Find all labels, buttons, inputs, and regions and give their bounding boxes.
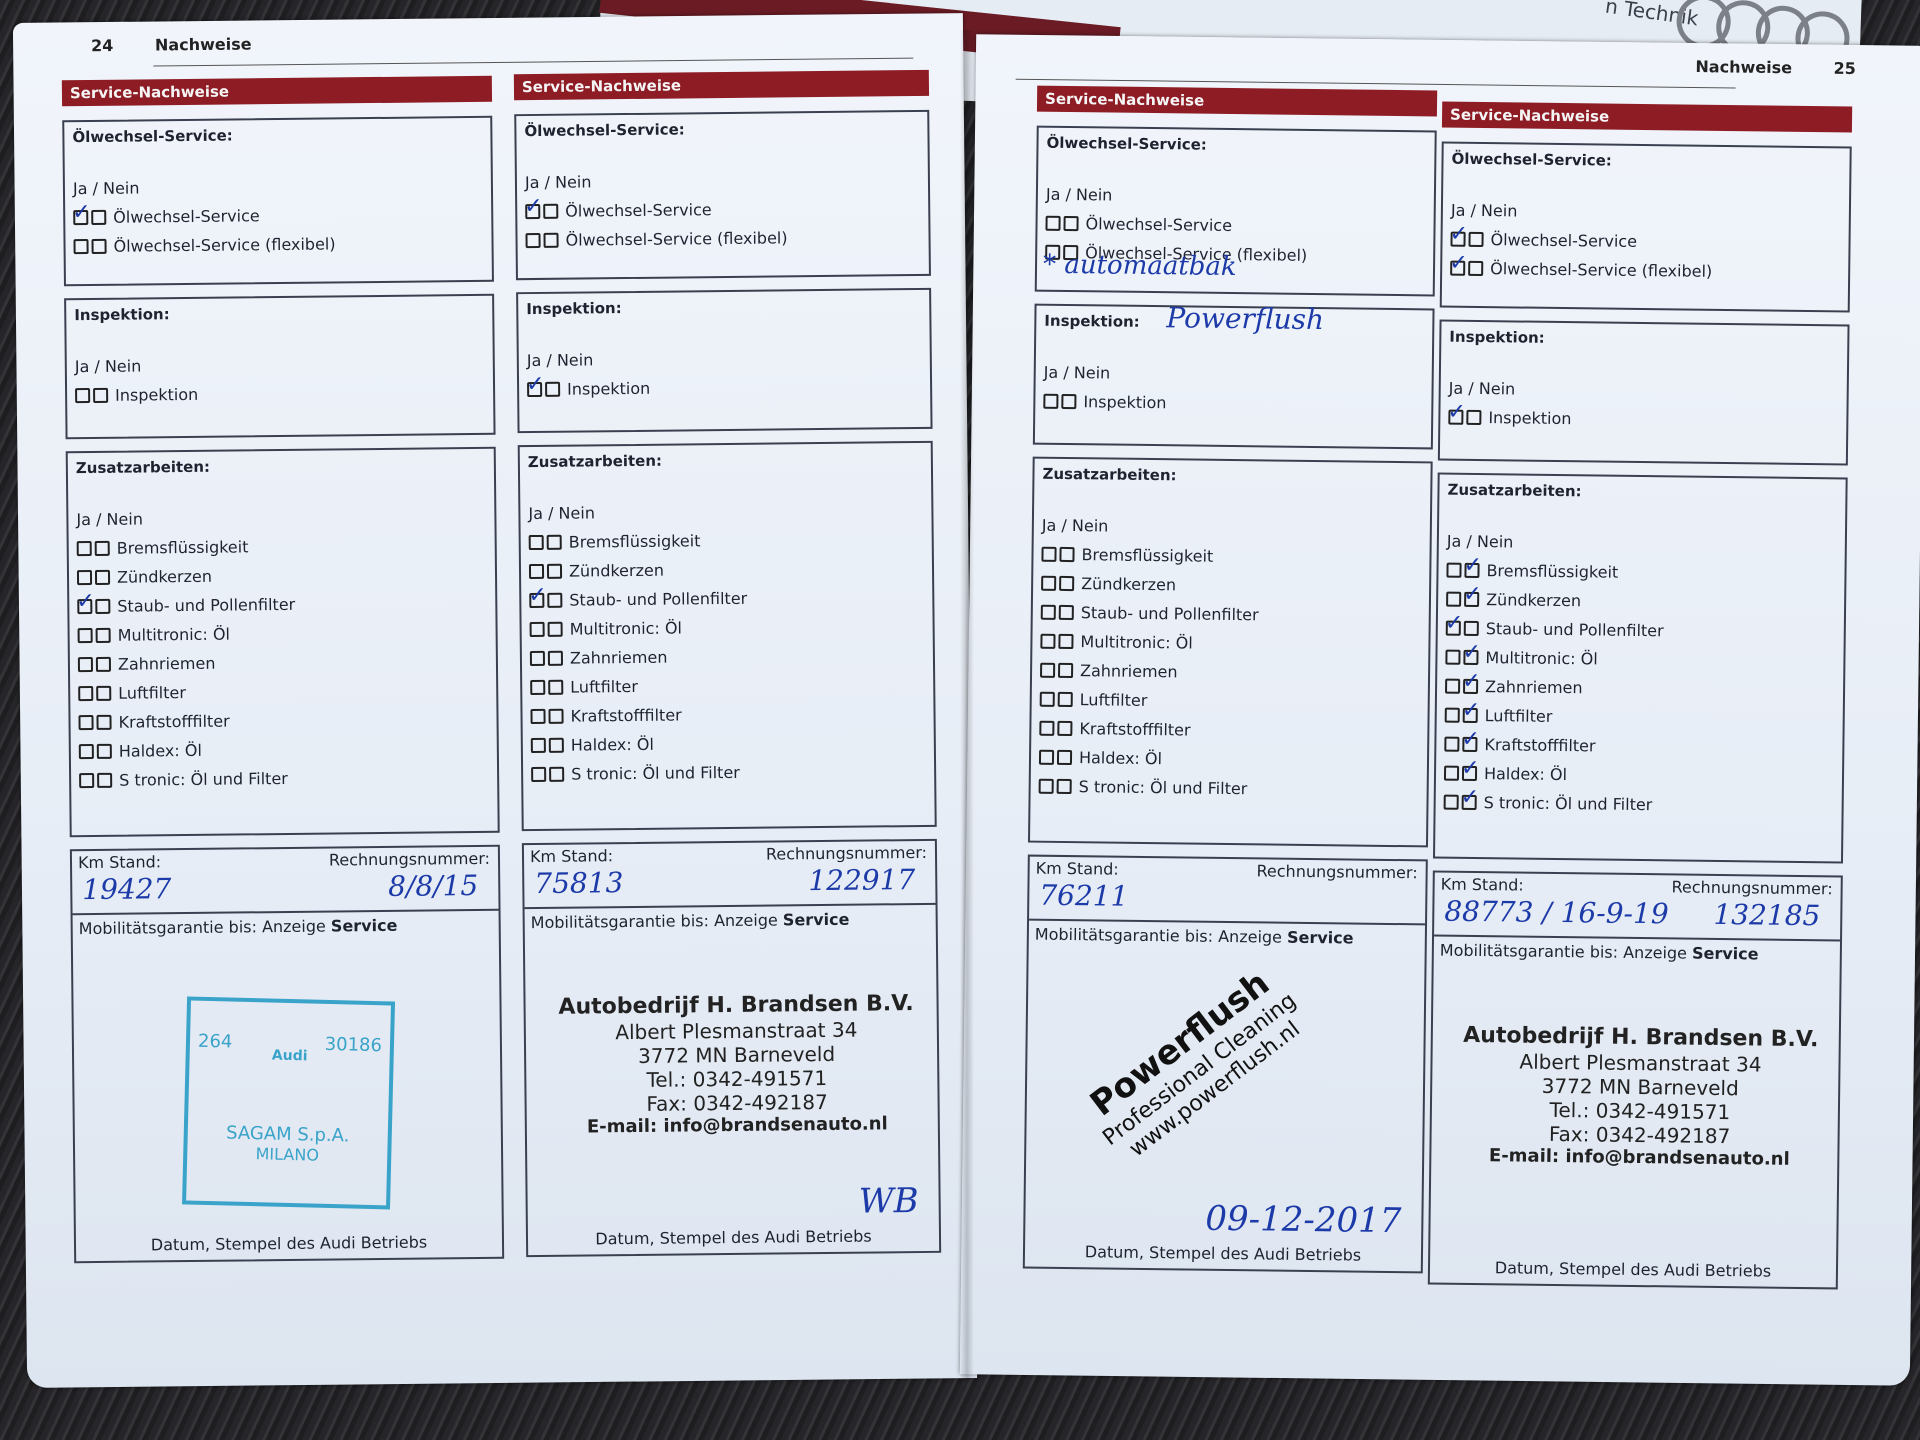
item-label: Bremsflüssigkeit xyxy=(569,526,701,556)
mobility-guarantee: Mobilitätsgarantie bis: Anzeige Service xyxy=(1434,937,1840,969)
ja-checkbox[interactable] xyxy=(79,744,94,759)
date-stamp-label: Datum, Stempel des Audi Betriebs xyxy=(1025,1242,1421,1266)
oil-heading: Ölwechsel-Service: xyxy=(1046,134,1426,157)
ja-checkbox[interactable] xyxy=(78,686,93,701)
ja-checkbox[interactable] xyxy=(529,564,544,579)
inspection-heading: Inspektion: xyxy=(1449,328,1839,351)
date-stamp-label: Datum, Stempel des Audi Betriebs xyxy=(76,1232,502,1255)
item-label: Multitronic: Öl xyxy=(117,620,230,650)
checklist-item: Kraftstofffilter xyxy=(1039,714,1419,748)
additional-work-box: Zusatzarbeiten: Ja / Nein Bremsflüssigke… xyxy=(66,447,500,837)
signature: WB xyxy=(858,1181,918,1222)
nein-checkbox[interactable] xyxy=(1059,605,1074,620)
ja-nein-label: Ja / Nein xyxy=(525,164,920,197)
ja-checkbox[interactable] xyxy=(530,651,545,666)
checklist-item: Staub- und Pollenfilter xyxy=(1446,614,1836,648)
checklist-item: S tronic: Öl und Filter xyxy=(1039,772,1419,806)
item-label: Haldex: Öl xyxy=(1484,759,1567,789)
item-label: Luftfilter xyxy=(570,672,638,702)
ja-checkbox[interactable] xyxy=(1043,394,1058,409)
checklist-item: Haldex: Öl xyxy=(79,733,489,766)
checklist-item: Multitronic: Öl xyxy=(529,611,924,644)
additional-work-box: Zusatzarbeiten: Ja / Nein Bremsflüssigke… xyxy=(518,441,937,831)
item-label: Zündkerzen xyxy=(1081,569,1176,599)
mobility-guarantee: Mobilitätsgarantie bis: Anzeige Service xyxy=(1029,921,1425,953)
ja-checkbox[interactable] xyxy=(1040,663,1055,678)
page-header: Nachweise 25 xyxy=(1695,57,1856,78)
nein-checkbox[interactable] xyxy=(91,239,106,254)
additional-heading: Zusatzarbeiten: xyxy=(528,449,923,471)
ja-checkbox[interactable] xyxy=(1444,795,1459,810)
checklist-item: Ölwechsel-Service xyxy=(1450,225,1840,259)
item-label: Zahnriemen xyxy=(1485,672,1583,702)
item-label: Bremsflüssigkeit xyxy=(1081,540,1213,571)
item-label: Ölwechsel-Service (flexibel) xyxy=(113,229,335,260)
ja-checkbox[interactable] xyxy=(530,622,545,637)
invoice-label: Rechnungsnummer: xyxy=(329,849,490,870)
item-label: Haldex: Öl xyxy=(1079,743,1162,773)
ja-checkbox[interactable] xyxy=(525,233,540,248)
nein-checkbox[interactable] xyxy=(1468,232,1483,247)
item-label: Staub- und Pollenfilter xyxy=(1486,614,1664,645)
nein-checkbox[interactable] xyxy=(549,738,564,753)
checklist-item: Inspektion xyxy=(1043,387,1423,421)
ja-nein-label: Ja / Nein xyxy=(1042,511,1422,545)
ja-nein-label: Ja / Nein xyxy=(1449,374,1839,408)
item-label: Bremsflüssigkeit xyxy=(1486,556,1618,587)
inspection-box: Inspektion: Powerflush Ja / Nein Inspekt… xyxy=(1033,304,1435,450)
record-footer-box: Km Stand: Rechnungsnummer: 75813 122917 … xyxy=(522,839,941,1257)
ja-nein-label: Ja / Nein xyxy=(528,495,923,528)
ja-checkbox[interactable] xyxy=(1039,750,1054,765)
nein-checkbox[interactable] xyxy=(1058,663,1073,678)
checklist-item: Multitronic: Öl xyxy=(1445,643,1835,677)
nein-checkbox[interactable] xyxy=(1063,216,1078,231)
ja-checkbox[interactable] xyxy=(527,382,542,397)
item-label: Kraftstofffilter xyxy=(1484,730,1595,760)
item-label: Ölwechsel-Service xyxy=(1490,225,1637,256)
mobility-guarantee: Mobilitätsgarantie bis: Anzeige Service xyxy=(73,911,499,942)
record-footer-box: Km Stand: Rechnungsnummer: 19427 8/8/15 … xyxy=(70,845,504,1263)
ja-checkbox[interactable] xyxy=(73,210,88,225)
nein-checkbox[interactable] xyxy=(97,773,112,788)
item-label: Multitronic: Öl xyxy=(1485,643,1598,673)
checklist-item: Ölwechsel-Service (flexibel) xyxy=(73,228,483,261)
nein-checkbox[interactable] xyxy=(1058,634,1073,649)
checklist-item: Luftfilter xyxy=(78,675,488,708)
checklist-item: Bremsflüssigkeit xyxy=(529,524,924,557)
checklist-item: Luftfilter xyxy=(1040,685,1420,719)
km-value: 88773 / 16-9-19 xyxy=(1444,895,1669,931)
item-label: Ölwechsel-Service xyxy=(1085,209,1232,240)
nein-checkbox[interactable] xyxy=(1466,410,1481,425)
item-label: Ölwechsel-Service (flexibel) xyxy=(1490,254,1712,286)
checklist-item: Bremsflüssigkeit xyxy=(1041,540,1421,574)
nein-checkbox[interactable] xyxy=(547,535,562,550)
ja-checkbox[interactable] xyxy=(1444,766,1459,781)
ja-checkbox[interactable] xyxy=(1041,547,1056,562)
ja-checkbox[interactable] xyxy=(1444,737,1459,752)
checklist-item: Haldex: Öl xyxy=(1039,743,1419,777)
checklist-item: Zahnriemen xyxy=(530,640,925,673)
book-spine xyxy=(960,30,974,1380)
page-number: 25 xyxy=(1833,59,1855,78)
ja-checkbox[interactable] xyxy=(525,204,540,219)
ja-checkbox[interactable] xyxy=(77,541,92,556)
oil-heading: Ölwechsel-Service: xyxy=(524,118,919,140)
km-value: 76211 xyxy=(1039,879,1128,913)
nein-checkbox[interactable] xyxy=(1463,650,1478,665)
ja-checkbox[interactable] xyxy=(78,628,93,643)
ja-checkbox[interactable] xyxy=(1445,650,1460,665)
page-number: 24 xyxy=(91,36,113,55)
header-rule xyxy=(153,58,913,67)
item-label: Luftfilter xyxy=(118,678,186,708)
nein-checkbox[interactable] xyxy=(91,210,106,225)
ja-checkbox[interactable] xyxy=(1040,692,1055,707)
additional-work-box: Zusatzarbeiten: Ja / Nein Bremsflüssigke… xyxy=(1433,473,1848,864)
handwritten-note: * automaatbak xyxy=(1043,250,1237,282)
item-label: Haldex: Öl xyxy=(571,730,654,760)
oil-service-box: Ölwechsel-Service: Ja / Nein Ölwechsel-S… xyxy=(1035,126,1437,297)
nein-checkbox[interactable] xyxy=(548,651,563,666)
dealer-stamp: Autobedrijf H. Brandsen B.V.Albert Plesm… xyxy=(535,991,937,1139)
additional-heading: Zusatzarbeiten: xyxy=(1042,465,1422,488)
nein-checkbox[interactable] xyxy=(95,570,110,585)
nein-checkbox[interactable] xyxy=(1057,750,1072,765)
ja-checkbox[interactable] xyxy=(531,767,546,782)
nein-checkbox[interactable] xyxy=(1462,737,1477,752)
checklist-item: Kraftstofffilter xyxy=(1444,730,1834,764)
service-record-1: Service-Nachweise Ölwechsel-Service: Ja … xyxy=(62,76,504,1263)
nein-checkbox[interactable] xyxy=(96,715,111,730)
ja-checkbox[interactable] xyxy=(529,593,544,608)
ja-nein-label: Ja / Nein xyxy=(527,342,922,375)
mobility-guarantee: Mobilitätsgarantie bis: Anzeige Service xyxy=(525,905,936,936)
item-label: Kraftstofffilter xyxy=(570,700,681,730)
section-band: Service-Nachweise xyxy=(514,70,929,100)
checklist-item: Inspektion xyxy=(527,371,922,404)
checklist-item: S tronic: Öl und Filter xyxy=(531,756,926,789)
date-stamp-label: Datum, Stempel des Audi Betriebs xyxy=(1430,1257,1836,1281)
item-label: Kraftstofffilter xyxy=(1079,714,1190,744)
item-label: Luftfilter xyxy=(1485,701,1553,731)
item-label: Ölwechsel-Service xyxy=(113,201,260,232)
oil-service-box: Ölwechsel-Service: Ja / Nein Ölwechsel-S… xyxy=(1440,142,1852,313)
nein-checkbox[interactable] xyxy=(1463,679,1478,694)
item-label: Zahnriemen xyxy=(570,643,668,673)
ja-checkbox[interactable] xyxy=(1041,605,1056,620)
item-label: S tronic: Öl und Filter xyxy=(571,758,740,789)
oil-service-box: Ölwechsel-Service: Ja / Nein Ölwechsel-S… xyxy=(62,116,494,286)
checklist-item: Bremsflüssigkeit xyxy=(1446,556,1836,590)
item-label: Zündkerzen xyxy=(1486,585,1581,615)
inspection-heading: Inspektion: xyxy=(526,296,921,318)
page-title: Nachweise xyxy=(1695,57,1792,77)
item-label: Zahnriemen xyxy=(118,649,216,679)
checklist-item: Ölwechsel-Service xyxy=(525,193,920,226)
ja-checkbox[interactable] xyxy=(73,239,88,254)
item-label: Inspektion xyxy=(115,380,198,410)
ja-checkbox[interactable] xyxy=(1446,621,1461,636)
nein-checkbox[interactable] xyxy=(93,388,108,403)
nein-checkbox[interactable] xyxy=(548,709,563,724)
checklist-item: Inspektion xyxy=(75,377,485,410)
oil-heading: Ölwechsel-Service: xyxy=(72,124,482,146)
item-label: Inspektion xyxy=(1083,387,1166,417)
oil-service-box: Ölwechsel-Service: Ja / Nein Ölwechsel-S… xyxy=(514,110,931,280)
inspection-heading: Inspektion: xyxy=(74,302,484,324)
nein-checkbox[interactable] xyxy=(1061,394,1076,409)
nein-checkbox[interactable] xyxy=(96,657,111,672)
nein-checkbox[interactable] xyxy=(95,541,110,556)
section-band: Service-Nachweise xyxy=(62,76,492,107)
nein-checkbox[interactable] xyxy=(543,233,558,248)
ja-checkbox[interactable] xyxy=(1045,216,1060,231)
ja-checkbox[interactable] xyxy=(77,599,92,614)
date-stamp-label: Datum, Stempel des Audi Betriebs xyxy=(528,1226,939,1249)
nein-checkbox[interactable] xyxy=(95,599,110,614)
ja-checkbox[interactable] xyxy=(75,388,90,403)
record-footer-box: Km Stand: Rechnungsnummer: 76211 Mobilit… xyxy=(1023,855,1428,1274)
checklist-item: Zündkerzen xyxy=(1041,569,1421,603)
checklist-item: Ölwechsel-Service xyxy=(1045,209,1425,243)
additional-work-box: Zusatzarbeiten: Ja / Nein Bremsflüssigke… xyxy=(1028,457,1433,848)
nein-checkbox[interactable] xyxy=(96,686,111,701)
invoice-value: 8/8/15 xyxy=(388,869,478,903)
checklist-item: Ölwechsel-Service xyxy=(73,199,483,232)
checklist-item: Zündkerzen xyxy=(529,553,924,586)
service-record-4: Service-Nachweise Ölwechsel-Service: Ja … xyxy=(1428,102,1852,1290)
item-label: Staub- und Pollenfilter xyxy=(1081,598,1259,629)
nein-checkbox[interactable] xyxy=(97,744,112,759)
checklist-item: Zahnriemen xyxy=(1040,656,1420,690)
checklist-item: Zahnriemen xyxy=(1445,672,1835,706)
checklist-item: Inspektion xyxy=(1448,403,1838,437)
checklist-item: S tronic: Öl und Filter xyxy=(1444,788,1834,822)
nein-checkbox[interactable] xyxy=(1058,692,1073,707)
item-label: S tronic: Öl und Filter xyxy=(1079,772,1248,803)
checklist-item: Bremsflüssigkeit xyxy=(77,530,487,563)
item-label: Ölwechsel-Service (flexibel) xyxy=(565,223,787,254)
nein-checkbox[interactable] xyxy=(1464,592,1479,607)
checklist-item: Zahnriemen xyxy=(78,646,488,679)
invoice-value: 132185 xyxy=(1713,898,1820,932)
ja-checkbox[interactable] xyxy=(1446,592,1461,607)
nein-checkbox[interactable] xyxy=(549,767,564,782)
ja-checkbox[interactable] xyxy=(1450,232,1465,247)
item-label: Kraftstofffilter xyxy=(118,707,229,737)
checklist-item: Staub- und Pollenfilter xyxy=(1041,598,1421,632)
checklist-item: Zündkerzen xyxy=(1446,585,1836,619)
checklist-item: Multitronic: Öl xyxy=(1040,627,1420,661)
item-label: Inspektion xyxy=(1488,403,1571,433)
km-value: 19427 xyxy=(82,872,171,906)
nein-checkbox[interactable] xyxy=(548,680,563,695)
item-label: S tronic: Öl und Filter xyxy=(119,764,288,795)
nein-checkbox[interactable] xyxy=(545,382,560,397)
ja-checkbox[interactable] xyxy=(1039,779,1054,794)
ja-checkbox[interactable] xyxy=(1446,563,1461,578)
item-label: Haldex: Öl xyxy=(119,736,202,766)
item-label: Zahnriemen xyxy=(1080,656,1178,686)
dealer-stamp: 26430186 Audi SAGAM S.p.A.MILANO xyxy=(182,996,395,1209)
item-label: Zündkerzen xyxy=(569,556,664,586)
item-label: Luftfilter xyxy=(1080,685,1148,715)
checklist-item: Luftfilter xyxy=(530,669,925,702)
ja-checkbox[interactable] xyxy=(1445,679,1460,694)
item-label: Ölwechsel-Service xyxy=(565,195,712,226)
ja-checkbox[interactable] xyxy=(529,535,544,550)
item-label: Staub- und Pollenfilter xyxy=(117,590,295,621)
ja-checkbox[interactable] xyxy=(79,773,94,788)
inspection-box: Inspektion: Ja / Nein Inspektion xyxy=(1438,320,1850,466)
ja-nein-label: Ja / Nein xyxy=(75,348,485,381)
nein-checkbox[interactable] xyxy=(1059,547,1074,562)
nein-checkbox[interactable] xyxy=(1468,261,1483,276)
invoice-value: 122917 xyxy=(808,863,915,897)
nein-checkbox[interactable] xyxy=(1059,576,1074,591)
handwritten-note: Powerflush xyxy=(1166,301,1324,336)
invoice-label: Rechnungsnummer: xyxy=(1671,877,1832,898)
ja-checkbox[interactable] xyxy=(1448,410,1463,425)
checklist-item: Haldex: Öl xyxy=(531,727,926,760)
nein-checkbox[interactable] xyxy=(96,628,111,643)
record-footer-box: Km Stand: Rechnungsnummer: 88773 / 16-9-… xyxy=(1428,870,1843,1289)
ja-checkbox[interactable] xyxy=(1039,721,1054,736)
checklist-item: Kraftstofffilter xyxy=(530,698,925,731)
additional-heading: Zusatzarbeiten: xyxy=(1447,481,1837,504)
checklist-item: Luftfilter xyxy=(1445,701,1835,735)
km-label: Km Stand: xyxy=(530,846,613,866)
ja-checkbox[interactable] xyxy=(78,715,93,730)
service-record-3: Service-Nachweise Ölwechsel-Service: Ja … xyxy=(1023,86,1437,1274)
checklist-item: Staub- und Pollenfilter xyxy=(77,588,487,621)
ja-checkbox[interactable] xyxy=(530,709,545,724)
ja-checkbox[interactable] xyxy=(1450,261,1465,276)
invoice-label: Rechnungsnummer: xyxy=(1256,861,1417,882)
ja-checkbox[interactable] xyxy=(1445,708,1460,723)
checklist-item: Zündkerzen xyxy=(77,559,487,592)
inspection-box: Inspektion: Ja / Nein Inspektion xyxy=(64,294,495,439)
km-label: Km Stand: xyxy=(78,852,161,872)
nein-checkbox[interactable] xyxy=(1464,621,1479,636)
nein-checkbox[interactable] xyxy=(1057,779,1072,794)
powerflush-stamp: PowerflushProfessional Cleaningwww.power… xyxy=(1074,956,1316,1170)
nein-checkbox[interactable] xyxy=(547,564,562,579)
nein-checkbox[interactable] xyxy=(1464,563,1479,578)
nein-checkbox[interactable] xyxy=(547,593,562,608)
service-record-2: Service-Nachweise Ölwechsel-Service: Ja … xyxy=(514,70,941,1257)
ja-checkbox[interactable] xyxy=(1040,634,1055,649)
ja-checkbox[interactable] xyxy=(78,657,93,672)
checklist-item: Ölwechsel-Service (flexibel) xyxy=(1450,254,1840,288)
nein-checkbox[interactable] xyxy=(548,622,563,637)
dealer-stamp: Autobedrijf H. Brandsen B.V.Albert Plesm… xyxy=(1441,1023,1839,1172)
ja-nein-label: Ja / Nein xyxy=(1046,180,1426,214)
km-label: Km Stand: xyxy=(1441,875,1524,895)
page-header: 24 Nachweise xyxy=(91,35,252,56)
item-label: Bremsflüssigkeit xyxy=(117,532,249,562)
nein-checkbox[interactable] xyxy=(1463,708,1478,723)
nein-checkbox[interactable] xyxy=(543,204,558,219)
page-title: Nachweise xyxy=(155,35,252,55)
item-label: S tronic: Öl und Filter xyxy=(1484,788,1653,819)
checklist-item: S tronic: Öl und Filter xyxy=(79,762,489,795)
section-band: Service-Nachweise xyxy=(1037,86,1437,117)
checklist-item: Haldex: Öl xyxy=(1444,759,1834,793)
ja-nein-label: Ja / Nein xyxy=(1044,358,1424,392)
ja-nein-label: Ja / Nein xyxy=(1451,196,1841,230)
ja-checkbox[interactable] xyxy=(530,680,545,695)
ja-nein-label: Ja / Nein xyxy=(1447,527,1837,561)
nein-checkbox[interactable] xyxy=(1462,766,1477,781)
nein-checkbox[interactable] xyxy=(1057,721,1072,736)
checklist-item: Multitronic: Öl xyxy=(77,617,487,650)
km-value: 75813 xyxy=(534,866,623,900)
section-band: Service-Nachweise xyxy=(1442,102,1852,133)
ja-nein-label: Ja / Nein xyxy=(73,170,483,203)
checklist-item: Ölwechsel-Service (flexibel) xyxy=(525,222,920,255)
km-label: Km Stand: xyxy=(1036,859,1119,879)
ja-nein-label: Ja / Nein xyxy=(76,501,486,534)
invoice-label: Rechnungsnummer: xyxy=(766,843,927,864)
additional-heading: Zusatzarbeiten: xyxy=(76,455,486,477)
item-label: Multitronic: Öl xyxy=(569,613,682,643)
oil-heading: Ölwechsel-Service: xyxy=(1451,150,1841,173)
ja-checkbox[interactable] xyxy=(77,570,92,585)
item-label: Staub- und Pollenfilter xyxy=(569,584,747,615)
nein-checkbox[interactable] xyxy=(1462,795,1477,810)
signature: 09-12-2017 xyxy=(1205,1199,1402,1241)
checklist-item: Staub- und Pollenfilter xyxy=(529,582,924,615)
item-label: Inspektion xyxy=(567,374,650,404)
inspection-box: Inspektion: Ja / Nein Inspektion xyxy=(516,288,932,433)
ja-checkbox[interactable] xyxy=(531,738,546,753)
item-label: Multitronic: Öl xyxy=(1080,627,1193,657)
ja-checkbox[interactable] xyxy=(1041,576,1056,591)
checklist-item: Kraftstofffilter xyxy=(78,704,488,737)
item-label: Zündkerzen xyxy=(117,562,212,592)
